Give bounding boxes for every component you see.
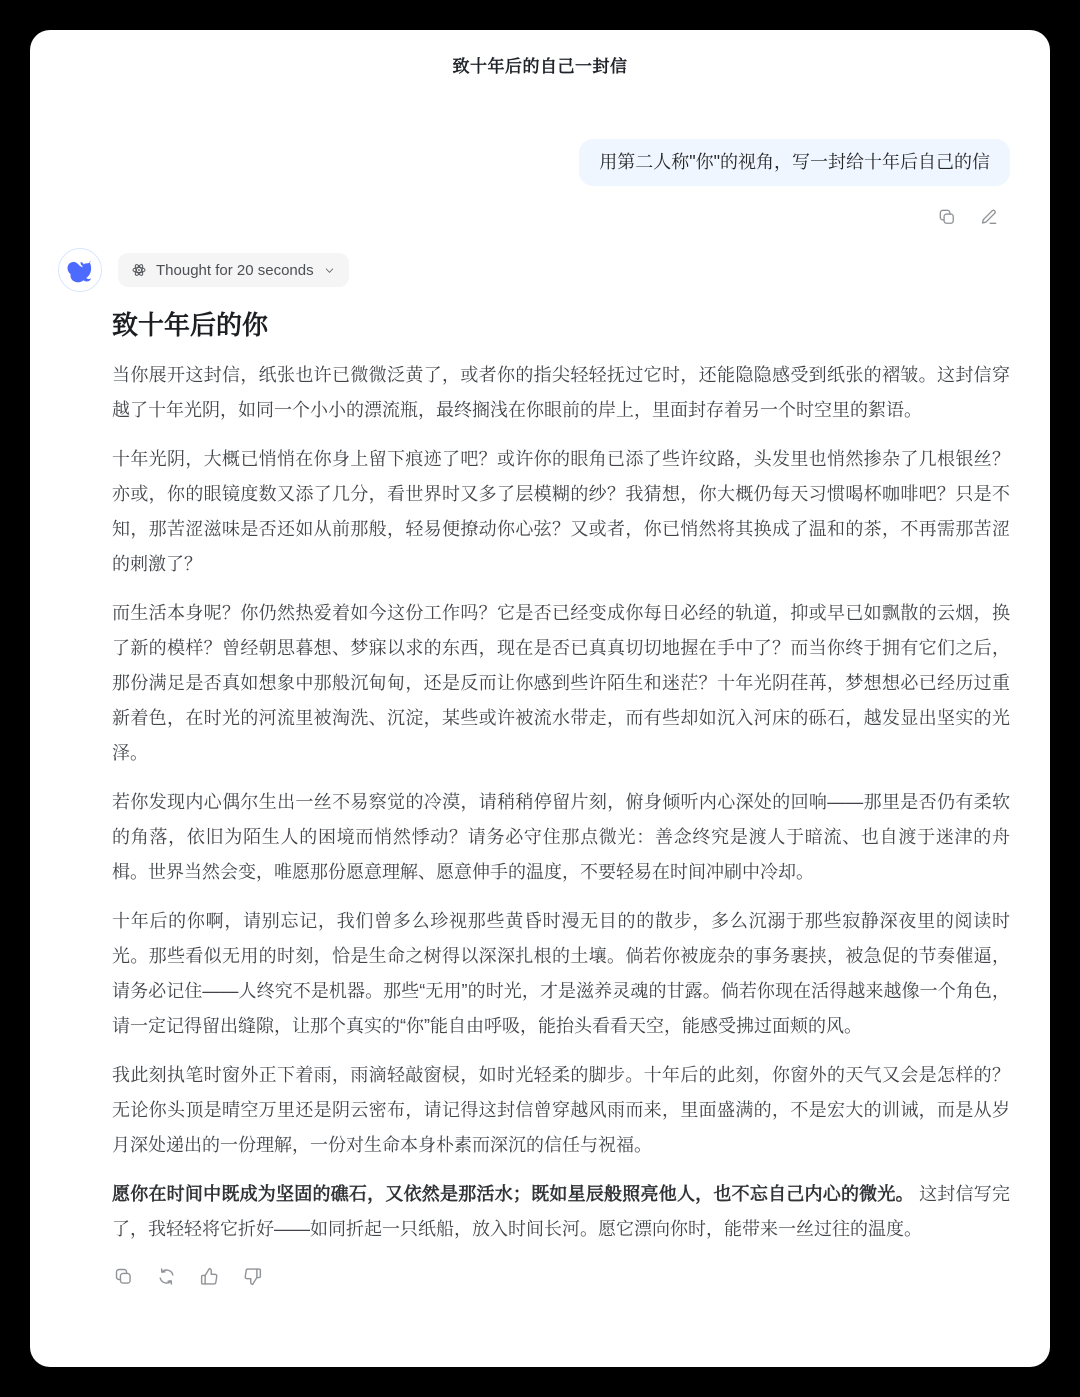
edit-icon [979,207,999,227]
deepthink-icon [131,262,147,278]
user-message-bubble: 用第二人称"你"的视角，写一封给十年后自己的信 [579,139,1010,186]
thumbs-down-icon [242,1266,263,1287]
thumbs-down-button[interactable] [241,1265,263,1287]
letter-paragraph: 当你展开这封信，纸张也许已微微泛黄了，或者你的指尖轻轻抚过它时，还能隐隐感受到纸… [112,358,1010,428]
copy-icon [113,1266,134,1287]
copy-response-button[interactable] [112,1265,134,1287]
user-message-row: 用第二人称"你"的视角，写一封给十年后自己的信 [112,139,1010,186]
letter-title: 致十年后的你 [112,308,1010,342]
assistant-letter: 致十年后的你 当你展开这封信，纸张也许已微微泛黄了，或者你的指尖轻轻抚过它时，还… [112,308,1010,1247]
edit-message-button[interactable] [978,206,1000,228]
page-background: 致十年后的自己一封信 用第二人称"你"的视角，写一封给十年后自己的信 [0,0,1080,1397]
deepseek-whale-icon [66,256,94,284]
copy-message-button[interactable] [936,206,958,228]
regenerate-button[interactable] [155,1265,177,1287]
message-actions [112,206,1010,228]
letter-paragraph: 十年光阴，大概已悄悄在你身上留下痕迹了吧？或许你的眼角已添了些许纹路，头发里也悄… [112,442,1010,582]
regenerate-icon [156,1266,177,1287]
letter-paragraph: 十年后的你啊，请别忘记，我们曾多么珍视那些黄昏时漫无目的的散步，多么沉溺于那些寂… [112,904,1010,1044]
letter-paragraph: 若你发现内心偶尔生出一丝不易察觉的冷漠，请稍稍停留片刻，俯身倾听内心深处的回响—… [112,785,1010,890]
letter-final-paragraph: 愿你在时间中既成为坚固的礁石，又依然是那活水；既如星辰般照亮他人，也不忘自己内心… [112,1177,1010,1247]
thought-label: Thought for 20 seconds [156,262,314,279]
thumbs-up-button[interactable] [198,1265,220,1287]
chat-title: 致十年后的自己一封信 [30,52,1050,77]
chat-window: 致十年后的自己一封信 用第二人称"你"的视角，写一封给十年后自己的信 [30,30,1050,1367]
letter-final-bold: 愿你在时间中既成为坚固的礁石，又依然是那活水；既如星辰般照亮他人，也不忘自己内心… [112,1184,914,1204]
thought-toggle-button[interactable]: Thought for 20 seconds [118,253,349,287]
chevron-down-icon [323,264,336,277]
letter-paragraph: 我此刻执笔时窗外正下着雨，雨滴轻敲窗棂，如时光轻柔的脚步。十年后的此刻，你窗外的… [112,1058,1010,1163]
letter-paragraph: 而生活本身呢？你仍然热爱着如今这份工作吗？它是否已经变成你每日必经的轨道，抑或早… [112,596,1010,771]
thumbs-up-icon [199,1266,220,1287]
assistant-header: Thought for 20 seconds [58,248,1010,292]
response-actions [112,1265,1010,1287]
assistant-avatar [58,248,102,292]
conversation: 用第二人称"你"的视角，写一封给十年后自己的信 [30,139,1050,1287]
copy-icon [937,207,957,227]
